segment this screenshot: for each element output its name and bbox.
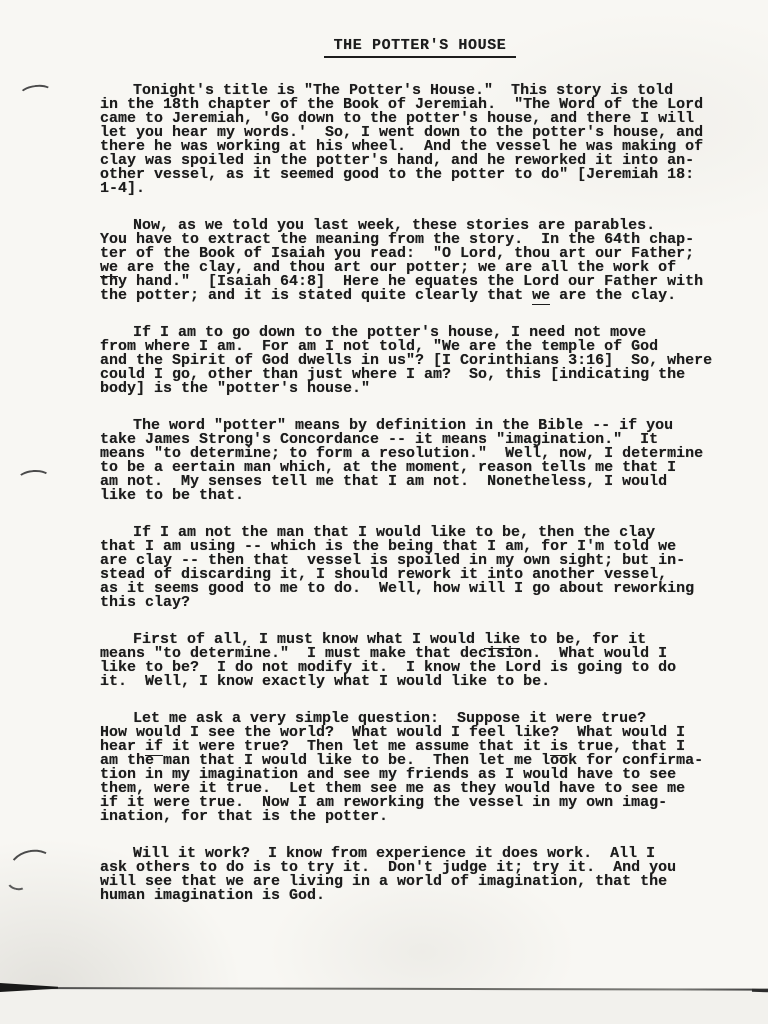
document-title: THE POTTER'S HOUSE — [100, 36, 740, 58]
document-body: Tonight's title is "The Potter's House."… — [100, 84, 740, 903]
text-line: 1-4]. — [100, 182, 740, 196]
paragraph: The word "potter" means by definition in… — [100, 419, 740, 503]
text-line: like to be that. — [100, 489, 740, 503]
text-line: human imagination is God. — [100, 889, 740, 903]
text-line: as it seems good to me to do. Well, how … — [100, 582, 740, 596]
text-line: ination, for that is the potter. — [100, 810, 740, 824]
text-line: it. Well, I know exactly what I would li… — [100, 675, 740, 689]
pen-mark — [18, 83, 54, 104]
paragraph: Let me ask a very simple question: Suppo… — [100, 712, 740, 824]
paragraph: If I am to go down to the potter's house… — [100, 326, 740, 396]
paragraph: Now, as we told you last week, these sto… — [100, 219, 740, 303]
paragraph: If I am not the man that I would like to… — [100, 526, 740, 610]
text-line: the potter; and it is stated quite clear… — [100, 289, 740, 303]
scan-edge-artifact — [752, 989, 768, 993]
scanned-document-page: THE POTTER'S HOUSE Tonight's title is "T… — [0, 0, 768, 1024]
text-line: body] is the "potter's house." — [100, 382, 740, 396]
paragraph: Tonight's title is "The Potter's House."… — [100, 84, 740, 196]
paragraph: First of all, I must know what I would l… — [100, 633, 740, 689]
text-line: other vessel, as it seemed good to the p… — [100, 168, 740, 182]
scan-margin-below-page — [0, 988, 768, 1024]
paragraph: Will it work? I know from experience it … — [100, 847, 740, 903]
pen-mark — [16, 469, 51, 489]
text-column: THE POTTER'S HOUSE Tonight's title is "T… — [100, 36, 740, 926]
text-line: this clay? — [100, 596, 740, 610]
document-title-text: THE POTTER'S HOUSE — [324, 37, 517, 58]
